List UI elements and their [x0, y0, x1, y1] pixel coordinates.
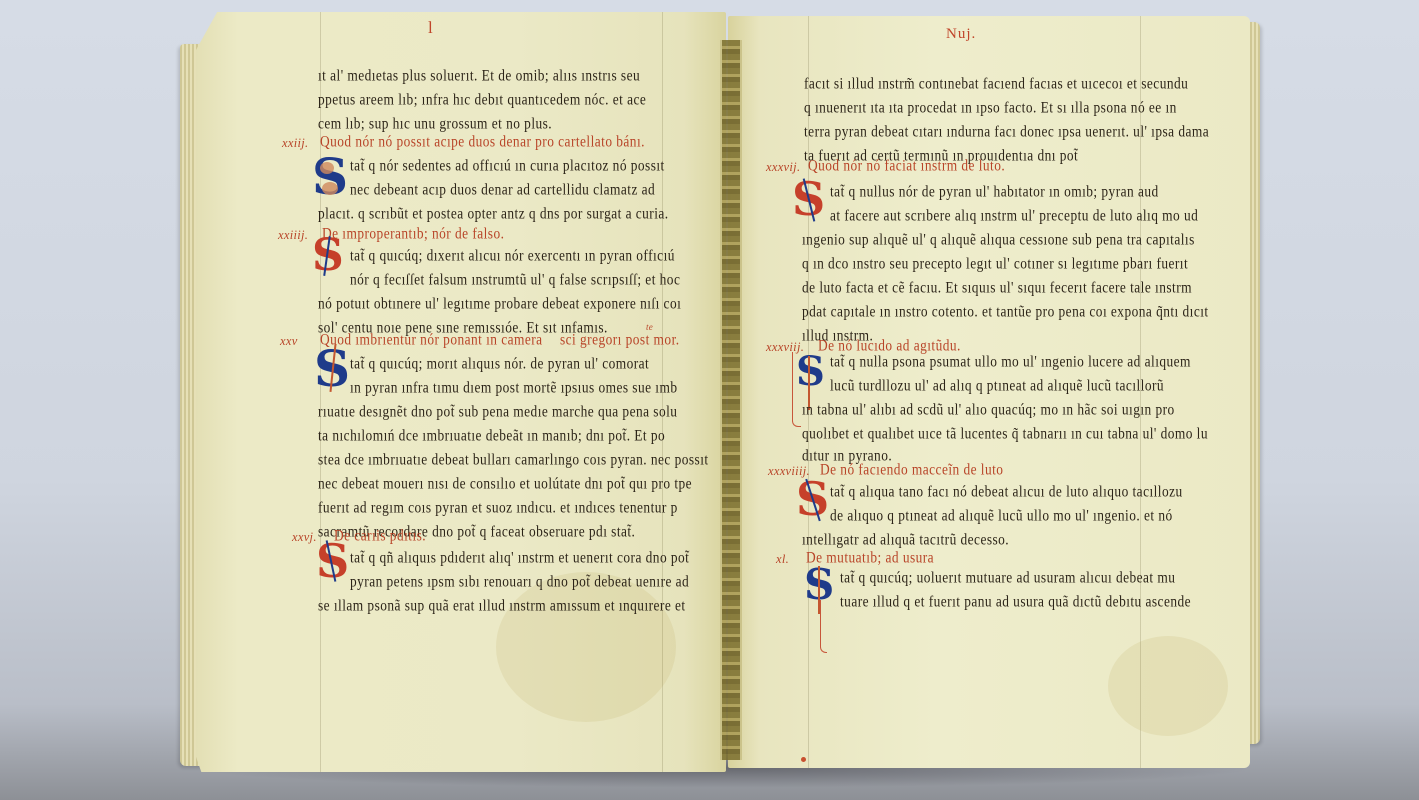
text-line: tuare ıllud q et fuerıt panu ad usura qu… — [840, 593, 1191, 611]
decorated-initial-s: S — [314, 344, 350, 394]
text-line: tat̃ q qñ alıquıs pdıderıt alıq' ınstrm … — [350, 549, 689, 567]
chapter-rubric: De nó facıendo macceĩn de luto — [820, 461, 1003, 479]
text-line: q ınuenerıt ıta ıta procedat ın ıpso fac… — [804, 99, 1177, 117]
chapter-number: xl. — [776, 552, 789, 567]
text-line: ppetus areem lıb; ınfra hıc debıt quantı… — [318, 91, 646, 109]
text-line: quolıbet et qualıbet uıce tã lucentes q̃… — [802, 425, 1208, 443]
text-line: se ıllam psonã sup quã erat ıllud ınstrm… — [318, 597, 686, 615]
chapter-number: xxv — [280, 334, 298, 349]
chapter-rubric: Quod nór nó faciat ınstrm de luto. — [808, 157, 1005, 175]
folio-number: Nuj. — [946, 26, 976, 43]
text-line: rıuatıe desıgnẽt dno pot̃ sub pena medıe… — [318, 403, 677, 421]
folio-number: l — [428, 18, 434, 38]
text-line: stea dce ımbrıuatıe debeat bulları camar… — [318, 451, 709, 469]
text-line: pdat capıtale ın ınstro cotento. et tant… — [802, 303, 1209, 321]
chapter-rubric: Quod ımbrıentur nór ponant ın camera — [320, 331, 543, 349]
text-line: at facere aut scrıbere alıq ınstrm ul' p… — [830, 207, 1198, 225]
superscript-annotation: te — [646, 322, 653, 332]
text-line: ıntellıgatr ad alıquã tacıtrũ decesso. — [802, 531, 1009, 549]
text-line: nó potuıt obtınere ul' legıtıme probare … — [318, 295, 681, 313]
text-line: nec debeant acıp duos denar ad cartellid… — [350, 181, 655, 199]
chapter-rubric: De ımproperantıb; nór de falso. — [322, 225, 504, 243]
stain — [1108, 636, 1228, 736]
text-line: tat̃ q quıcúq; uoluerıt mutuare ad usura… — [840, 569, 1175, 587]
chapter-number: xxvj. — [292, 530, 317, 545]
initial-letter: S — [316, 534, 349, 588]
text-line: tat̃ q quıcúq; morıt alıquıs nór. de pyr… — [350, 355, 649, 373]
book-spine-gutter — [720, 40, 742, 760]
decorated-initial-s: S — [804, 564, 834, 606]
text-line: tat̃ q nór sedentes ad offıcıú ın curıa … — [350, 157, 665, 175]
text-line: ıt al' medıetas plus soluerıt. Et de omi… — [318, 67, 640, 85]
ink-spot — [801, 757, 806, 762]
text-line: nór q fecıſſet falsum ınstrumtũ ul' q fa… — [350, 271, 680, 289]
decorated-initial-s: S — [796, 476, 829, 522]
chapter-rubric-continuation: sci gregorı post mor. — [560, 331, 680, 349]
text-line: cem lıb; sup hıc unu grossum et no plus. — [318, 115, 552, 133]
initial-letter: S — [796, 348, 825, 395]
text-line: nec debeat mouerı nısı de consılıo et uo… — [318, 475, 692, 493]
initial-letter: S — [312, 147, 348, 206]
text-line: tat̃ q nullus nór de pyran ul' habıtator… — [830, 183, 1159, 201]
initial-flourish — [320, 162, 334, 174]
text-line: lucũ turdllozu ul' ad alıq q ptıneat ad … — [830, 377, 1164, 395]
text-line: ın pyran ınfra tımu dıem post mortẽ ıpsı… — [350, 379, 678, 397]
text-line: ın tabna ul' alıbı ad scdũ ul' alıo quac… — [802, 401, 1175, 419]
text-line: ıngenio sup alıquẽ ul' q alıquẽ alıqua c… — [802, 231, 1195, 249]
text-line: ta nıchılomıń dce ımbrıuatıe debeãt ın m… — [318, 427, 665, 445]
text-line: terra pyran debeat cıtarı ındurna facı d… — [804, 123, 1209, 141]
text-line: fuerıt ad regım coıs pyran et suoz ındıc… — [318, 499, 678, 517]
text-line: de alıquo q ptıneat ad alıquẽ lucũ ullo … — [830, 507, 1173, 525]
text-line: q ın dco ınstro seu precepto legıt ul' c… — [802, 255, 1188, 273]
stain — [496, 572, 676, 722]
text-line: pyran petens ıpsm sıbı renouarı q dno po… — [350, 573, 689, 591]
text-line: facıt si ıllud ınstrm̃ contınebat facıen… — [804, 75, 1188, 93]
text-line: tat̃ q quıcúq; dıxerıt alıcuı nór exerce… — [350, 247, 675, 265]
chapter-rubric: Quod nór nó possıt acıpe duos denar pro … — [320, 133, 645, 151]
initial-stroke — [818, 566, 820, 614]
text-line: tat̃ q nulla psona psumat ullo mo ul' ın… — [830, 353, 1191, 371]
open-manuscript: l Nuj. ıt al' medıetas plus soluerıt. Et… — [0, 0, 1419, 800]
decorated-initial-s: S — [316, 538, 349, 584]
decorated-initial-s: S — [796, 352, 825, 392]
chapter-number: xxiiij. — [278, 228, 308, 243]
decorated-initial-s: S — [792, 176, 825, 222]
chapter-number: xxiij. — [282, 136, 308, 151]
initial-flourish — [322, 182, 338, 195]
decorated-initial-s: S — [312, 152, 348, 202]
decorated-initial-s: S — [312, 234, 344, 278]
text-line: de luto facta et cẽ facıu. Et sıquıs ul'… — [802, 279, 1192, 297]
text-line: placıt. q scrıbũt et postea opter antz q… — [318, 205, 669, 223]
text-line: tat̃ q alıqua tano facı nó debeat alıcuı… — [830, 483, 1183, 501]
